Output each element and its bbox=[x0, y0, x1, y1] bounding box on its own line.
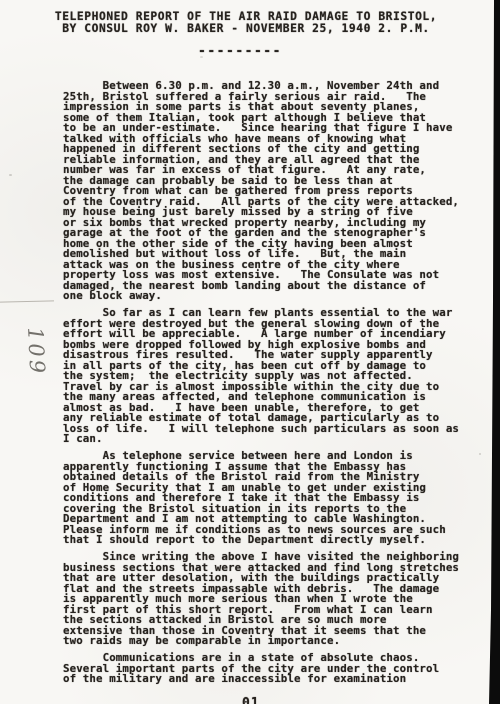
paper-speck bbox=[200, 56, 203, 58]
report-body: Between 6.30 p.m. and 12.30 a.m., Novemb… bbox=[63, 81, 468, 691]
page-number-partial: 01 bbox=[242, 696, 260, 704]
pencil-edge-mark bbox=[0, 300, 54, 302]
separator-dashes: --------- bbox=[0, 44, 480, 59]
report-paragraph: Since writing the above I have visited t… bbox=[63, 552, 468, 647]
report-paragraph: As telephone service between here and Lo… bbox=[63, 451, 468, 546]
paper-speck bbox=[479, 453, 481, 455]
paper-speck bbox=[9, 174, 12, 176]
handwritten-folio-number: 109 bbox=[0, 326, 49, 369]
report-title: TELEPHONED REPORT OF THE AIR RAID DAMAGE… bbox=[40, 11, 452, 35]
report-paragraph: Between 6.30 p.m. and 12.30 a.m., Novemb… bbox=[63, 81, 468, 302]
report-paragraph: So far as I can learn few plants essenti… bbox=[63, 308, 468, 445]
report-paragraph: Communications are in a state of absolut… bbox=[63, 653, 468, 685]
document-page: TELEPHONED REPORT OF THE AIR RAID DAMAGE… bbox=[0, 0, 500, 704]
report-title-line2: BY CONSUL ROY W. BAKER - NOVEMBER 25, 19… bbox=[40, 23, 452, 35]
scan-edge-shadow bbox=[486, 0, 500, 704]
